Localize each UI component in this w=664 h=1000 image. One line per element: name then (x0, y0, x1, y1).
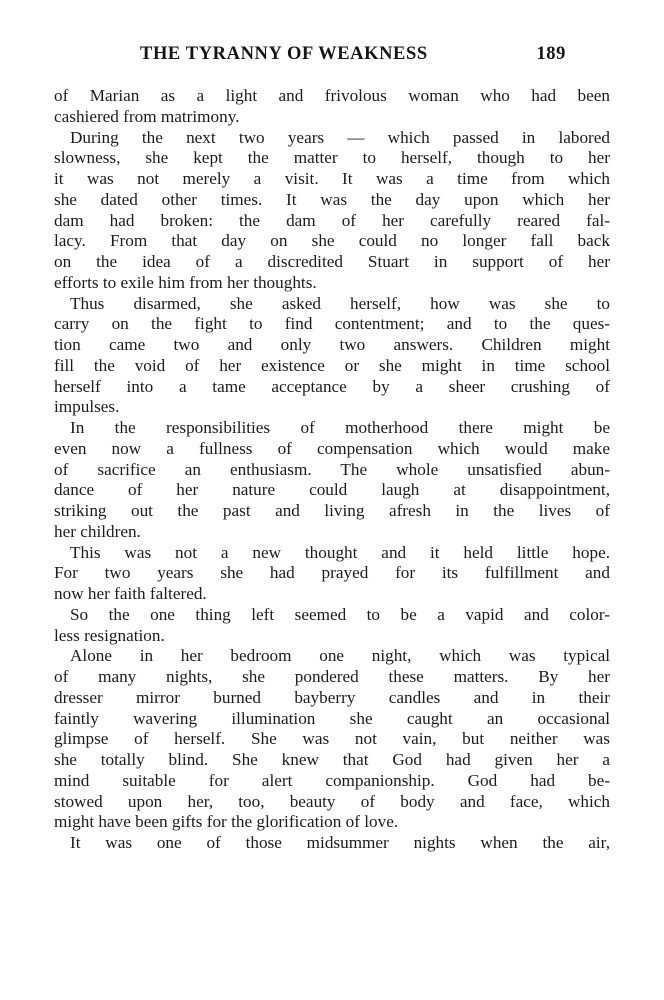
text-line: glimpse of herself. She was not vain, bu… (54, 729, 610, 750)
text-line: For two years she had prayed for its ful… (54, 563, 610, 584)
text-line: This was not a new thought and it held l… (54, 543, 610, 564)
text-line: of many nights, she pondered these matte… (54, 667, 610, 688)
text-line: herself into a tame acceptance by a shee… (54, 377, 610, 398)
text-line: she dated other times. It was the day up… (54, 190, 610, 211)
running-head: THE TYRANNY OF WEAKNESS 189 (96, 44, 566, 70)
text-line: she totally blind. She knew that God had… (54, 750, 610, 771)
text-line: mind suitable for alert companionship. G… (54, 771, 610, 792)
text-line: it was not merely a visit. It was a time… (54, 169, 610, 190)
text-line: of Marian as a light and frivolous woman… (54, 86, 610, 107)
text-line: tion came two and only two answers. Chil… (54, 335, 610, 356)
text-line: stowed upon her, too, beauty of body and… (54, 792, 610, 813)
text-line: During the next two years — which passed… (54, 128, 610, 149)
chapter-title: THE TYRANNY OF WEAKNESS (140, 44, 428, 65)
text-line: carry on the fight to find contentment; … (54, 314, 610, 335)
text-line: lacy. From that day on she could no long… (54, 231, 610, 252)
text-line: It was one of those midsummer nights whe… (54, 833, 610, 854)
text-line: Alone in her bedroom one night, which wa… (54, 646, 610, 667)
text-line: even now a fullness of compensation whic… (54, 439, 610, 460)
text-line: impulses. (54, 397, 610, 418)
text-line: dresser mirror burned bayberry candles a… (54, 688, 610, 709)
text-line: efforts to exile him from her thoughts. (54, 273, 610, 294)
text-line: might have been gifts for the glorificat… (54, 812, 610, 833)
text-line: striking out the past and living afresh … (54, 501, 610, 522)
text-line: Thus disarmed, she asked herself, how wa… (54, 294, 610, 315)
text-line: dam had broken: the dam of her carefully… (54, 211, 610, 232)
text-line: on the idea of a discredited Stuart in s… (54, 252, 610, 273)
text-line: of sacrifice an enthusiasm. The whole un… (54, 460, 610, 481)
body-text: of Marian as a light and frivolous woman… (54, 86, 610, 854)
text-line: now her faith faltered. (54, 584, 610, 605)
page-number: 189 (536, 44, 566, 65)
text-line: slowness, she kept the matter to herself… (54, 148, 610, 169)
text-line: faintly wavering illumination she caught… (54, 709, 610, 730)
text-line: So the one thing left seemed to be a vap… (54, 605, 610, 626)
text-line: dance of her nature could laugh at disap… (54, 480, 610, 501)
text-line: In the responsibilities of motherhood th… (54, 418, 610, 439)
text-line: less resignation. (54, 626, 610, 647)
text-line: fill the void of her existence or she mi… (54, 356, 610, 377)
text-line: cashiered from matrimony. (54, 107, 610, 128)
text-line: her children. (54, 522, 610, 543)
